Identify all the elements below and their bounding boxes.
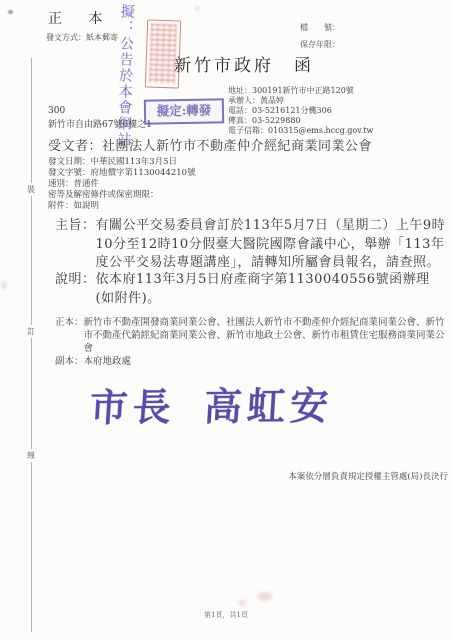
cc-text: 本府地政處 [84,353,132,367]
delivery-method: 發文方式：紙本郵寄 [46,32,118,43]
sender-phone: 電話：03-5216121分機306 [228,106,373,116]
page-number-footer: 第1頁，共1頁 [0,610,452,620]
file-no-label: 檔 號： [300,19,340,36]
attachment-note: 附件：如說明 [48,201,196,212]
scan-speck [196,7,199,10]
scan-speck [2,282,6,289]
meta-block: 發文日期：中華民國113年3月5日 發文字號：府地價字第1130044210號 … [48,157,196,212]
subject-block: 主旨： 有關公平交易委員會訂於113年5月7日（星期二）上午9時10分至12時1… [55,217,447,273]
scan-speck [238,600,246,606]
authorization-note: 本案依分層負責規定授權主管處(局)長決行 [0,470,448,482]
description-label: 說明： [55,271,96,290]
document-title: 新竹市政府 函 [174,51,314,76]
sender-fax: 傳真：03-5229880 [228,116,373,126]
recipient-zip: 300 [48,106,65,116]
red-stamp-texture [149,24,177,85]
scan-speck [8,10,13,14]
scan-speck [258,592,272,601]
file-labels: 檔 號： 保存年限： [300,19,340,53]
issue-date: 發文日期：中華民國113年3月5日 [48,157,196,168]
sender-contact-block: 地址：300191新竹市中正路120號 承辦人：黃品婷 電話：03-521612… [228,86,373,136]
binding-mark-bottom: 線 [27,449,35,462]
recipient-street: 新竹市自由路67號6樓之1 [48,117,152,130]
sender-handler: 承辦人：黃品婷 [228,96,373,106]
doc-number: 發文字號：府地價字第1130044210號 [48,168,196,179]
binding-line [31,58,32,632]
purple-stamp: 擬定:轉發 [144,98,224,124]
binding-mark-mid: 訂 [27,325,35,338]
description-text: 依本府113年3月5日府產商字第1130040556號函辦理(如附件)。 [96,271,446,308]
description-block: 說明： 依本府113年3月5日府產商字第1130040556號函辦理(如附件)。 [55,271,447,308]
speed-class: 速別：普通件 [48,179,196,190]
subject-text: 有關公平交易委員會訂於113年5月7日（星期二）上午9時10分至12時10分假臺… [96,217,446,273]
cc-label: 副本： [55,353,84,367]
original-text: 新竹市不動產開發商業同業公會、社團法人新竹市不動產仲介經紀商業同業公會、新竹市不… [84,316,446,355]
sender-address: 地址：300191新竹市中正路120號 [228,86,373,96]
mayor-signature: 市長 高虹安 [88,375,335,432]
cc-block: 副本： 本府地政處 [55,353,131,367]
copy-type-label: 正 本 [48,8,113,28]
secrecy-class: 密等及解密條件或保密期限： [48,190,196,201]
binding-mark-top: 裝 [27,183,35,196]
official-letter-page: 裝 訂 線 正 本 發文方式：紙本郵寄 擬：公告於本會網站 擬定:轉發 檔 號：… [0,0,452,640]
original-label: 正本： [55,316,84,329]
original-recipients-block: 正本： 新竹市不動產開發商業同業公會、社團法人新竹市不動產仲介經紀商業同業公會、… [55,316,449,355]
subject-label: 主旨： [55,217,96,236]
recipient-line: 受文者：社團法人新竹市不動產仲介經紀商業同業公會 [48,135,372,154]
